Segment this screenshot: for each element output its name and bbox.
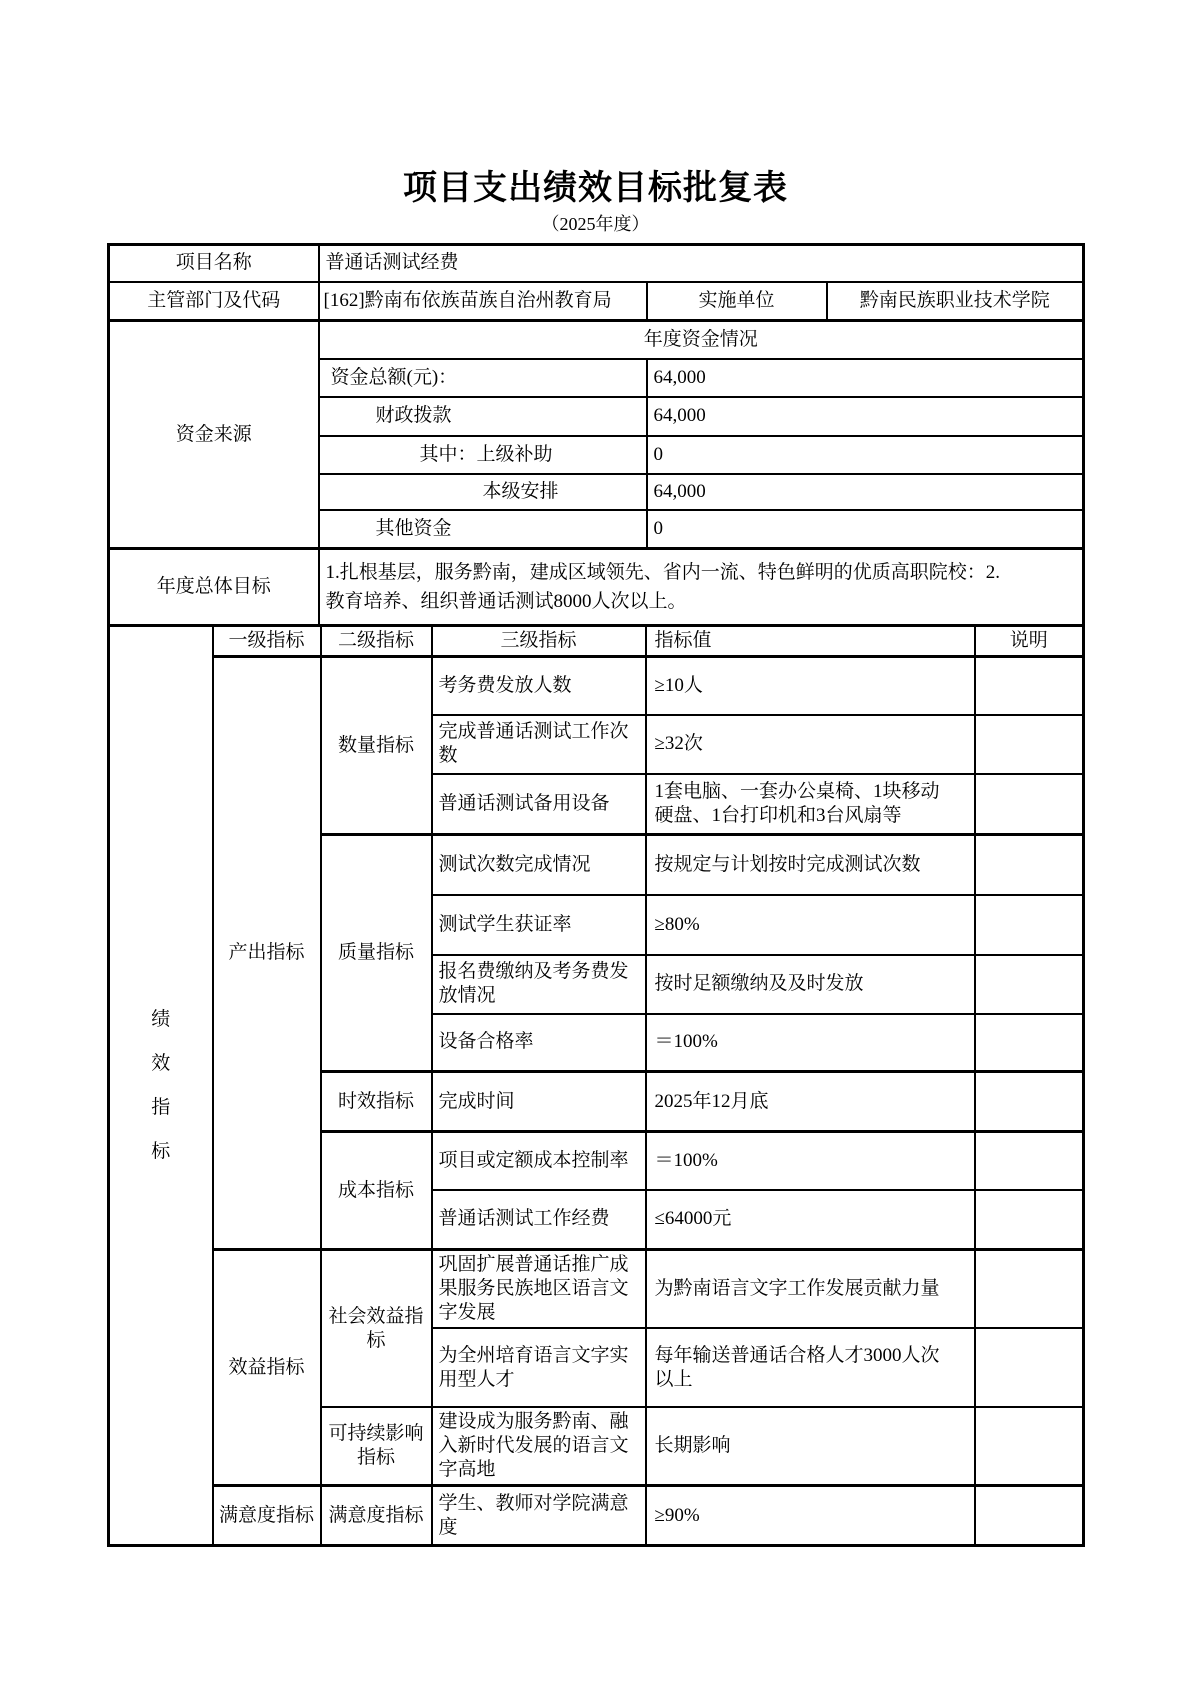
indicator-value: 为黔南语言文字工作发展贡献力量 bbox=[646, 1250, 975, 1329]
indicator-name: 完成时间 bbox=[432, 1072, 646, 1132]
annual-goal-cell: 1.扎根基层，服务黔南，建成区域领先、省内一流、特色鲜明的优质高职院校：2.教育… bbox=[319, 549, 1084, 626]
indicator-value: ≥90% bbox=[646, 1486, 975, 1546]
funding-total-value: 64,000 bbox=[647, 359, 1084, 397]
header-level3: 三级指标 bbox=[432, 626, 646, 657]
form-tables: 项目名称 普通话测试经费 主管部门及代码 [162]黔南布依族苗族自治州教育局 … bbox=[107, 243, 1082, 1547]
level1-output: 产出指标 bbox=[213, 657, 321, 1250]
indicator-name: 项目或定额成本控制率 bbox=[432, 1132, 646, 1190]
funding-fiscal-value: 64,000 bbox=[647, 397, 1084, 436]
indicator-value: ≥80% bbox=[646, 895, 975, 955]
project-name-label: 项目名称 bbox=[109, 245, 319, 282]
funding-total-label: 资金总额(元)： bbox=[319, 359, 647, 397]
indicator-name: 普通话测试工作经费 bbox=[432, 1190, 646, 1250]
header-level1: 一级指标 bbox=[213, 626, 321, 657]
note-cell bbox=[975, 774, 1084, 835]
note-cell bbox=[975, 1328, 1084, 1407]
indicator-name: 测试学生获证率 bbox=[432, 895, 646, 955]
note-cell bbox=[975, 715, 1084, 774]
header-value: 指标值 bbox=[646, 626, 975, 657]
note-cell bbox=[975, 1486, 1084, 1546]
level2-social-benefit: 社会效益指标 bbox=[321, 1250, 432, 1408]
indicators-table: 绩效指标 一级指标 二级指标 三级指标 指标值 说明 产出指标 数量指标 考务费… bbox=[107, 624, 1085, 1547]
implementing-unit-label: 实施单位 bbox=[647, 282, 827, 321]
level2-quality: 质量指标 bbox=[321, 835, 432, 1072]
indicator-name: 设备合格率 bbox=[432, 1014, 646, 1072]
annual-funding-header: 年度资金情况 bbox=[319, 321, 1084, 359]
funding-fiscal-label: 财政拨款 bbox=[319, 397, 647, 436]
funding-superior-subsidy-value: 0 bbox=[647, 436, 1084, 474]
funding-superior-subsidy-label: 其中：上级补助 bbox=[319, 436, 647, 474]
indicator-value: 每年输送普通话合格人才3000人次以上 bbox=[646, 1328, 975, 1407]
implementing-unit-value: 黔南民族职业技术学院 bbox=[827, 282, 1084, 321]
indicator-value: ≥32次 bbox=[646, 715, 975, 774]
indicator-value: ＝100% bbox=[646, 1132, 975, 1190]
level2-timeliness: 时效指标 bbox=[321, 1072, 432, 1132]
note-cell bbox=[975, 657, 1084, 715]
indicator-value: 长期影响 bbox=[646, 1407, 975, 1486]
indicator-name: 考务费发放人数 bbox=[432, 657, 646, 715]
indicator-value: 1套电脑、一套办公桌椅、1块移动硬盘、1台打印机和3台风扇等 bbox=[646, 774, 975, 835]
annual-goal-value: 1.扎根基层，服务黔南，建成区域领先、省内一流、特色鲜明的优质高职院校：2.教育… bbox=[326, 558, 1018, 616]
indicator-name: 巩固扩展普通话推广成果服务民族地区语言文字发展 bbox=[432, 1250, 646, 1329]
funding-local-value: 64,000 bbox=[647, 474, 1084, 510]
indicator-value: ≤64000元 bbox=[646, 1190, 975, 1250]
indicator-value: ＝100% bbox=[646, 1014, 975, 1072]
indicator-name: 建设成为服务黔南、融入新时代发展的语言文字高地 bbox=[432, 1407, 646, 1486]
indicator-value: 2025年12月底 bbox=[646, 1072, 975, 1132]
indicators-side-cell: 绩效指标 bbox=[109, 626, 213, 1546]
indicator-name: 为全州培育语言文字实用型人才 bbox=[432, 1328, 646, 1407]
note-cell bbox=[975, 955, 1084, 1014]
note-cell bbox=[975, 1014, 1084, 1072]
funding-other-label: 其他资金 bbox=[319, 510, 647, 549]
level2-satisfaction: 满意度指标 bbox=[321, 1486, 432, 1546]
note-cell bbox=[975, 895, 1084, 955]
header-note: 说明 bbox=[975, 626, 1084, 657]
document-page: 项目支出绩效目标批复表 （2025年度） 项目名称 普通话测试经费 主管部门及代… bbox=[0, 0, 1191, 1684]
indicator-name: 学生、教师对学院满意度 bbox=[432, 1486, 646, 1546]
note-cell bbox=[975, 1407, 1084, 1486]
indicator-name: 测试次数完成情况 bbox=[432, 835, 646, 895]
document-title: 项目支出绩效目标批复表 bbox=[0, 160, 1191, 209]
level1-satisfaction: 满意度指标 bbox=[213, 1486, 321, 1546]
indicator-value: ≥10人 bbox=[646, 657, 975, 715]
department-value: [162]黔南布依族苗族自治州教育局 bbox=[319, 282, 647, 321]
indicator-value: 按规定与计划按时完成测试次数 bbox=[646, 835, 975, 895]
note-cell bbox=[975, 1132, 1084, 1190]
level2-quantity: 数量指标 bbox=[321, 657, 432, 835]
document-subtitle: （2025年度） bbox=[0, 210, 1191, 236]
indicator-name: 完成普通话测试工作次数 bbox=[432, 715, 646, 774]
indicator-name: 报名费缴纳及考务费发放情况 bbox=[432, 955, 646, 1014]
indicators-side-label: 绩效指标 bbox=[150, 998, 171, 1174]
header-level2: 二级指标 bbox=[321, 626, 432, 657]
funding-source-label: 资金来源 bbox=[109, 321, 319, 549]
note-cell bbox=[975, 1250, 1084, 1329]
indicator-name: 普通话测试备用设备 bbox=[432, 774, 646, 835]
note-cell bbox=[975, 1190, 1084, 1250]
level2-cost: 成本指标 bbox=[321, 1132, 432, 1250]
annual-goal-label: 年度总体目标 bbox=[109, 549, 319, 626]
level1-benefit: 效益指标 bbox=[213, 1250, 321, 1486]
funding-other-value: 0 bbox=[647, 510, 1084, 549]
project-name-value: 普通话测试经费 bbox=[319, 245, 1084, 282]
note-cell bbox=[975, 1072, 1084, 1132]
note-cell bbox=[975, 835, 1084, 895]
indicator-value: 按时足额缴纳及及时发放 bbox=[646, 955, 975, 1014]
department-label: 主管部门及代码 bbox=[109, 282, 319, 321]
funding-local-label: 本级安排 bbox=[319, 474, 647, 510]
level2-sustainable-impact: 可持续影响指标 bbox=[321, 1407, 432, 1486]
basic-info-table: 项目名称 普通话测试经费 主管部门及代码 [162]黔南布依族苗族自治州教育局 … bbox=[107, 243, 1085, 627]
